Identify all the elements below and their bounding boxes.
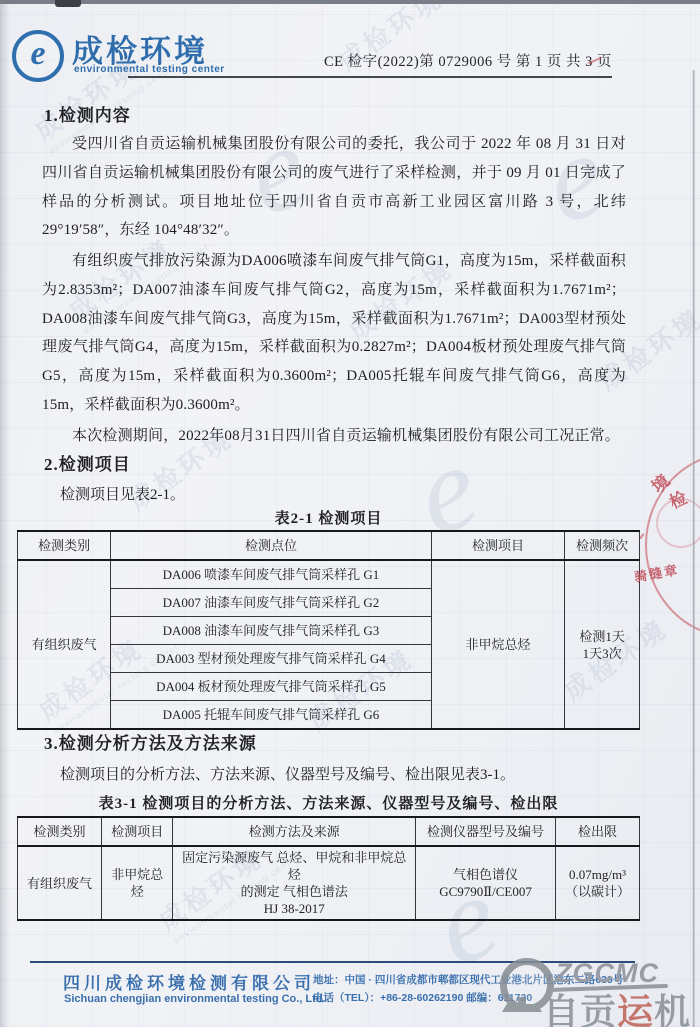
col-header-item: 检测项目 [431,531,565,560]
footer-company-name: 四川成检环境检测有限公司 [63,969,315,994]
section-3-title: 3.检测分析方法及方法来源 [44,729,257,754]
company-logo-icon: e [12,30,64,82]
zgcmc-emblem-icon [494,956,550,1012]
scanned-report-page: 成检环境environmental testing center 成检环境 e … [0,0,700,1027]
cell-item: 非甲烷总烃 [431,560,565,729]
table-3-1-caption: 表3-1 检测项目的分析方法、方法来源、仪器型号及编号、检出限 [17,792,640,813]
report-body: 1.检测内容 受四川省自贡运输机械集团股份有限公司的委托，我公司于 2022 年… [0,0,700,1027]
header-rule [128,76,612,78]
section-1-paragraph-1: 受四川省自贡运输机械集团股份有限公司的委托，我公司于 2022 年 08 月 3… [42,130,626,245]
brand-cn-part-red: 运 [617,991,654,1027]
cell-point: DA007 油漆车间废气排气筒采样孔 G2 [111,589,431,617]
cell-point: DA003 型材预处理废气排气筒采样孔 G4 [111,645,431,673]
cell-method: 固定污染源废气 总烃、甲烷和非甲烷总烃 的测定 气相色谱法 HJ 38-2017 [173,846,416,920]
table-2-1-caption: 表2-1 检测项目 [17,507,640,528]
zgcmc-brand-cn: 自贡运机 [543,984,691,1027]
cell-limit: 0.07mg/m³ （以碳计） [556,846,640,920]
section-2-intro: 检测项目见表2-1。 [60,483,185,504]
table-row: 检测类别 检测点位 检测项目 检测频次 [18,531,640,560]
section-1-paragraph-2: 有组织废气排放污染源为DA006喷漆车间废气排气筒G1，高度为15m，采样截面积… [42,247,626,420]
col-header-category: 检测类别 [18,817,102,846]
limit-line: 0.07mg/m³ [560,866,635,883]
table-row: 有组织废气 非甲烷总烃 固定污染源废气 总烃、甲烷和非甲烷总烃 的测定 气相色谱… [18,846,640,920]
col-header-item: 检测项目 [101,817,173,846]
col-header-limit: 检出限 [556,817,640,846]
instrument-line: 气相色谱仪 [420,866,551,883]
col-header-category: 检测类别 [18,531,111,560]
method-line: 固定污染源废气 总烃、甲烷和非甲烷总烃 [177,849,411,883]
method-line: HJ 38-2017 [177,900,411,917]
cell-item: 非甲烷总烃 [101,846,173,920]
table-row: 有组织废气 DA006 喷漆车间废气排气筒采样孔 G1 非甲烷总烃 检测1天 1… [18,560,640,589]
table-2-1: 检测类别 检测点位 检测项目 检测频次 有组织废气 DA006 喷漆车间废气排气… [17,530,640,730]
scan-edge-top [0,0,700,4]
footer-company-name-en: Sichuan chengjian environmental testing … [64,993,326,1005]
document-number: CE 检字(2022)第 0729006 号 第 1 页 共 3 页 [324,50,612,71]
cell-point: DA005 托辊车间废气排气筒采样孔 G6 [111,701,431,730]
frequency-line: 1天3次 [569,645,635,662]
instrument-line: GC9790Ⅱ/CE007 [420,883,551,900]
section-1-title: 1.检测内容 [44,101,131,126]
logo-e-glyph: e [30,37,45,71]
section-2-title: 2.检测项目 [44,450,131,475]
col-header-method: 检测方法及来源 [173,817,416,846]
cell-instrument: 气相色谱仪 GC9790Ⅱ/CE007 [416,846,556,920]
section-3-intro: 检测项目的分析方法、方法来源、仪器型号及编号、检出限见表3-1。 [60,763,515,784]
cell-point: DA004 板材预处理废气排气筒采样孔 G5 [111,673,431,701]
table-3-1: 检测类别 检测项目 检测方法及来源 检测仪器型号及编号 检出限 有组织废气 非甲… [17,816,640,921]
col-header-instrument: 检测仪器型号及编号 [416,817,556,846]
limit-line: （以碳计） [560,883,635,900]
cell-frequency: 检测1天 1天3次 [565,560,640,729]
brand-cn-part: 机 [654,991,691,1027]
col-header-frequency: 检测频次 [565,531,640,560]
logo-subtitle: environmental testing center [74,64,225,75]
page-fold-line [692,70,695,1027]
col-header-point: 检测点位 [111,531,431,560]
cell-point: DA008 油漆车间废气排气筒采样孔 G3 [111,617,431,645]
emblem-base [502,1004,542,1012]
emblem-stem [518,997,526,1005]
section-1-paragraph-3: 本次检测期间，2022年08月31日四川省自贡运输机械集团股份有限公司工况正常。 [42,422,626,451]
scan-edge-left [0,0,10,1027]
cell-point: DA006 喷漆车间废气排气筒采样孔 G1 [111,560,431,589]
cell-category: 有组织废气 [18,560,111,729]
scan-edge-blob [55,0,81,7]
brand-cn-part: 自贡 [543,991,617,1027]
table-row: 检测类别 检测项目 检测方法及来源 检测仪器型号及编号 检出限 [18,817,640,846]
frequency-line: 检测1天 [569,628,635,645]
cell-category: 有组织废气 [18,846,102,920]
method-line: 的测定 气相色谱法 [177,883,411,900]
